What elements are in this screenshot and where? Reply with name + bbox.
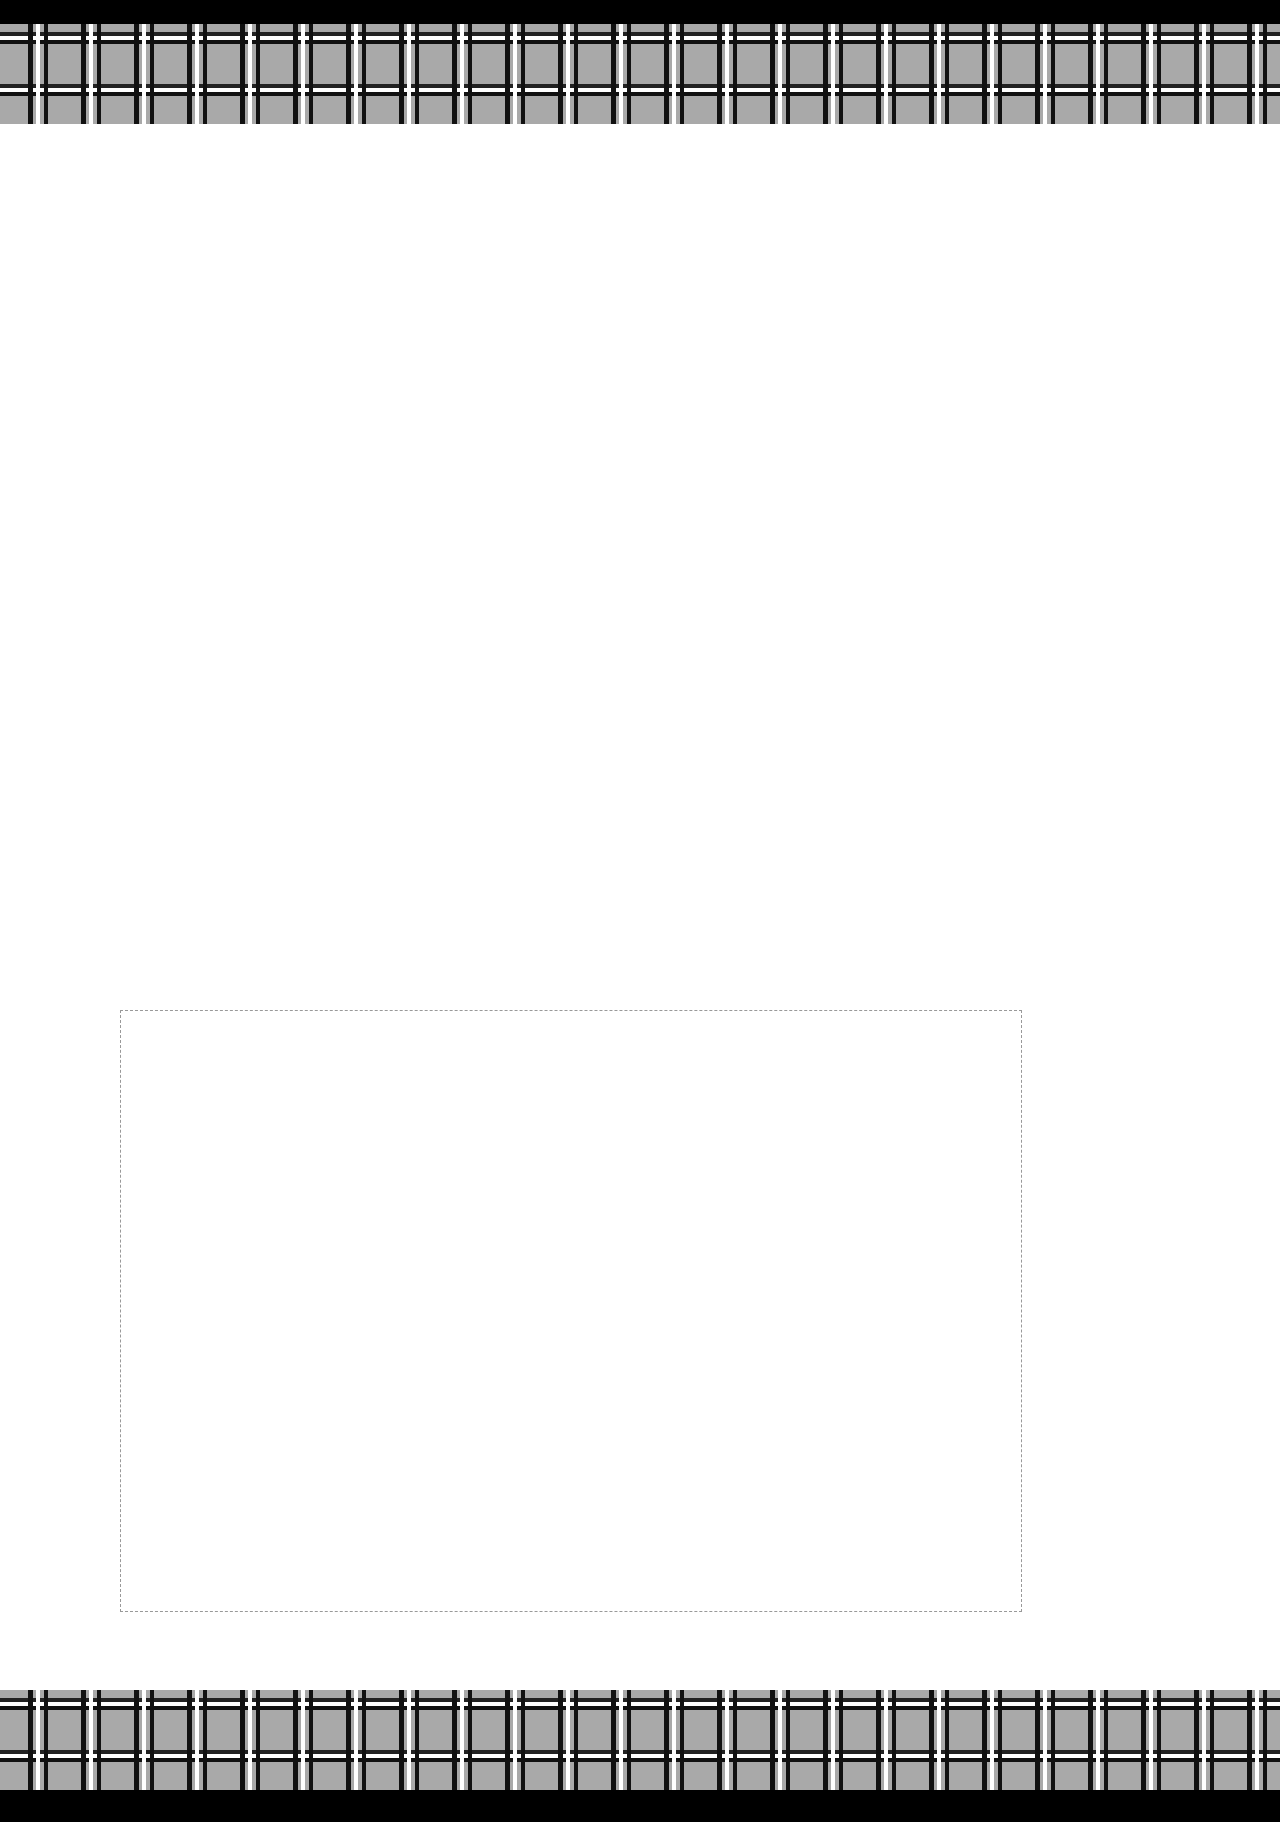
plaid-footer-banner: [0, 1690, 1280, 1790]
omitted-section: [120, 1010, 1022, 1612]
top-black-bar: [0, 0, 1280, 24]
plaid-header-banner: [0, 24, 1280, 124]
bottom-black-bar: [0, 1790, 1280, 1822]
